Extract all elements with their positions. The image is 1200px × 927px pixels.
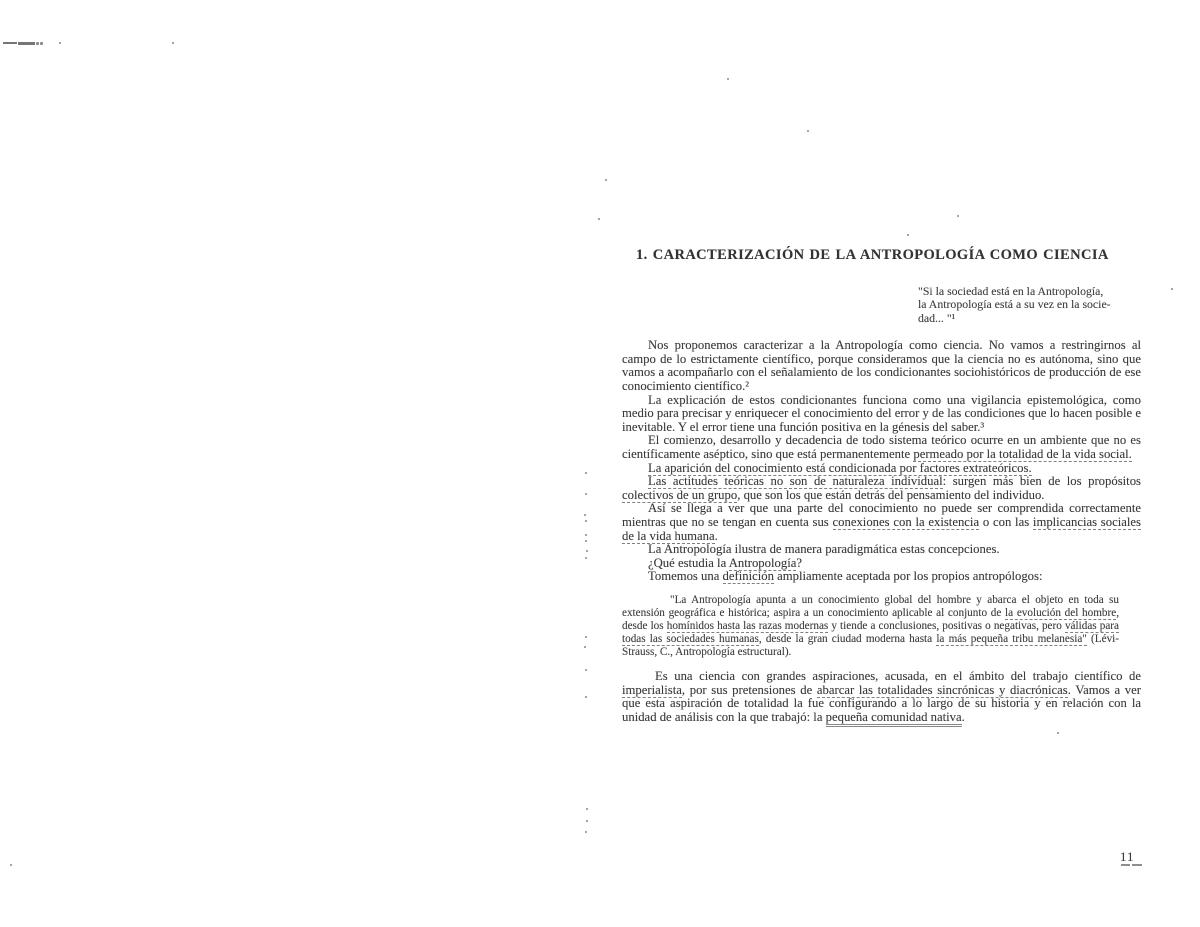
scan-speckle — [907, 234, 909, 236]
scan-speckle — [585, 669, 587, 671]
paragraph-underlined: Las actitudes teóricas no son de natural… — [622, 475, 1141, 502]
paragraph-question: ¿Qué estudia la Antropología? — [622, 557, 1141, 571]
block-quote-levi-strauss: "La Antropología apunta a un conocimient… — [622, 594, 1141, 659]
paragraph: Tomemos una definición ampliamente acept… — [622, 570, 1141, 584]
scan-speckle — [585, 520, 587, 522]
scan-speckle — [585, 540, 587, 542]
scan-speckle — [727, 78, 729, 80]
scan-speckle — [585, 696, 587, 698]
scan-speckle — [585, 493, 587, 495]
scan-speckle — [586, 820, 588, 822]
scan-speckle — [585, 534, 587, 536]
epigraph-line: la Antropología está a su vez en la soci… — [918, 298, 1142, 311]
closing-paragraph: Es una ciencia con grandes aspiraciones,… — [622, 670, 1141, 724]
scan-speckle — [1057, 732, 1059, 734]
paragraph: Así se llega a ver que una parte del con… — [622, 502, 1141, 543]
paragraph: La Antropología ilustra de manera paradi… — [622, 543, 1141, 557]
pencil-mark — [18, 42, 35, 45]
scan-speckle — [605, 179, 607, 181]
scan-speckle — [585, 557, 587, 559]
page-number: 11 — [1120, 849, 1135, 865]
scan-speckle — [59, 42, 61, 44]
scan-speckle — [585, 636, 587, 638]
scan-speckle — [172, 42, 174, 44]
paragraph: El comienzo, desarrollo y decadencia de … — [622, 434, 1141, 461]
paragraph-underlined: La aparición del conocimiento está condi… — [622, 462, 1141, 476]
scan-speckle — [598, 218, 600, 220]
scan-speckle — [586, 550, 588, 552]
pencil-mark — [1121, 864, 1130, 866]
paragraph: Nos proponemos caracterizar a la Antropo… — [622, 339, 1141, 393]
scan-speckle — [586, 808, 588, 810]
scan-speckle — [36, 42, 39, 45]
epigraph-line: "Si la sociedad está en la Antropología, — [918, 285, 1142, 298]
text-column: 1. CARACTERIZACIÓN DE LA ANTROPOLOGÍA CO… — [622, 247, 1141, 724]
pencil-mark — [1132, 864, 1142, 866]
chapter-title: 1. CARACTERIZACIÓN DE LA ANTROPOLOGÍA CO… — [636, 247, 1141, 264]
scan-speckle — [957, 215, 959, 217]
scan-speckle — [585, 831, 587, 833]
scan-speckle — [40, 42, 43, 45]
scan-speckle — [584, 646, 586, 648]
scan-speckle — [10, 864, 12, 866]
scanned-book-page: 1. CARACTERIZACIÓN DE LA ANTROPOLOGÍA CO… — [0, 0, 1200, 927]
epigraph-line: dad... "¹ — [918, 312, 1142, 325]
body-text: Nos proponemos caracterizar a la Antropo… — [622, 339, 1141, 724]
scan-speckle — [1171, 288, 1173, 290]
pencil-mark — [3, 42, 17, 44]
epigraph: "Si la sociedad está en la Antropología,… — [918, 285, 1142, 325]
paragraph: La explicación de estos condicionantes f… — [622, 394, 1141, 435]
scan-speckle — [807, 130, 809, 132]
scan-speckle — [584, 514, 586, 516]
scan-speckle — [585, 472, 587, 474]
